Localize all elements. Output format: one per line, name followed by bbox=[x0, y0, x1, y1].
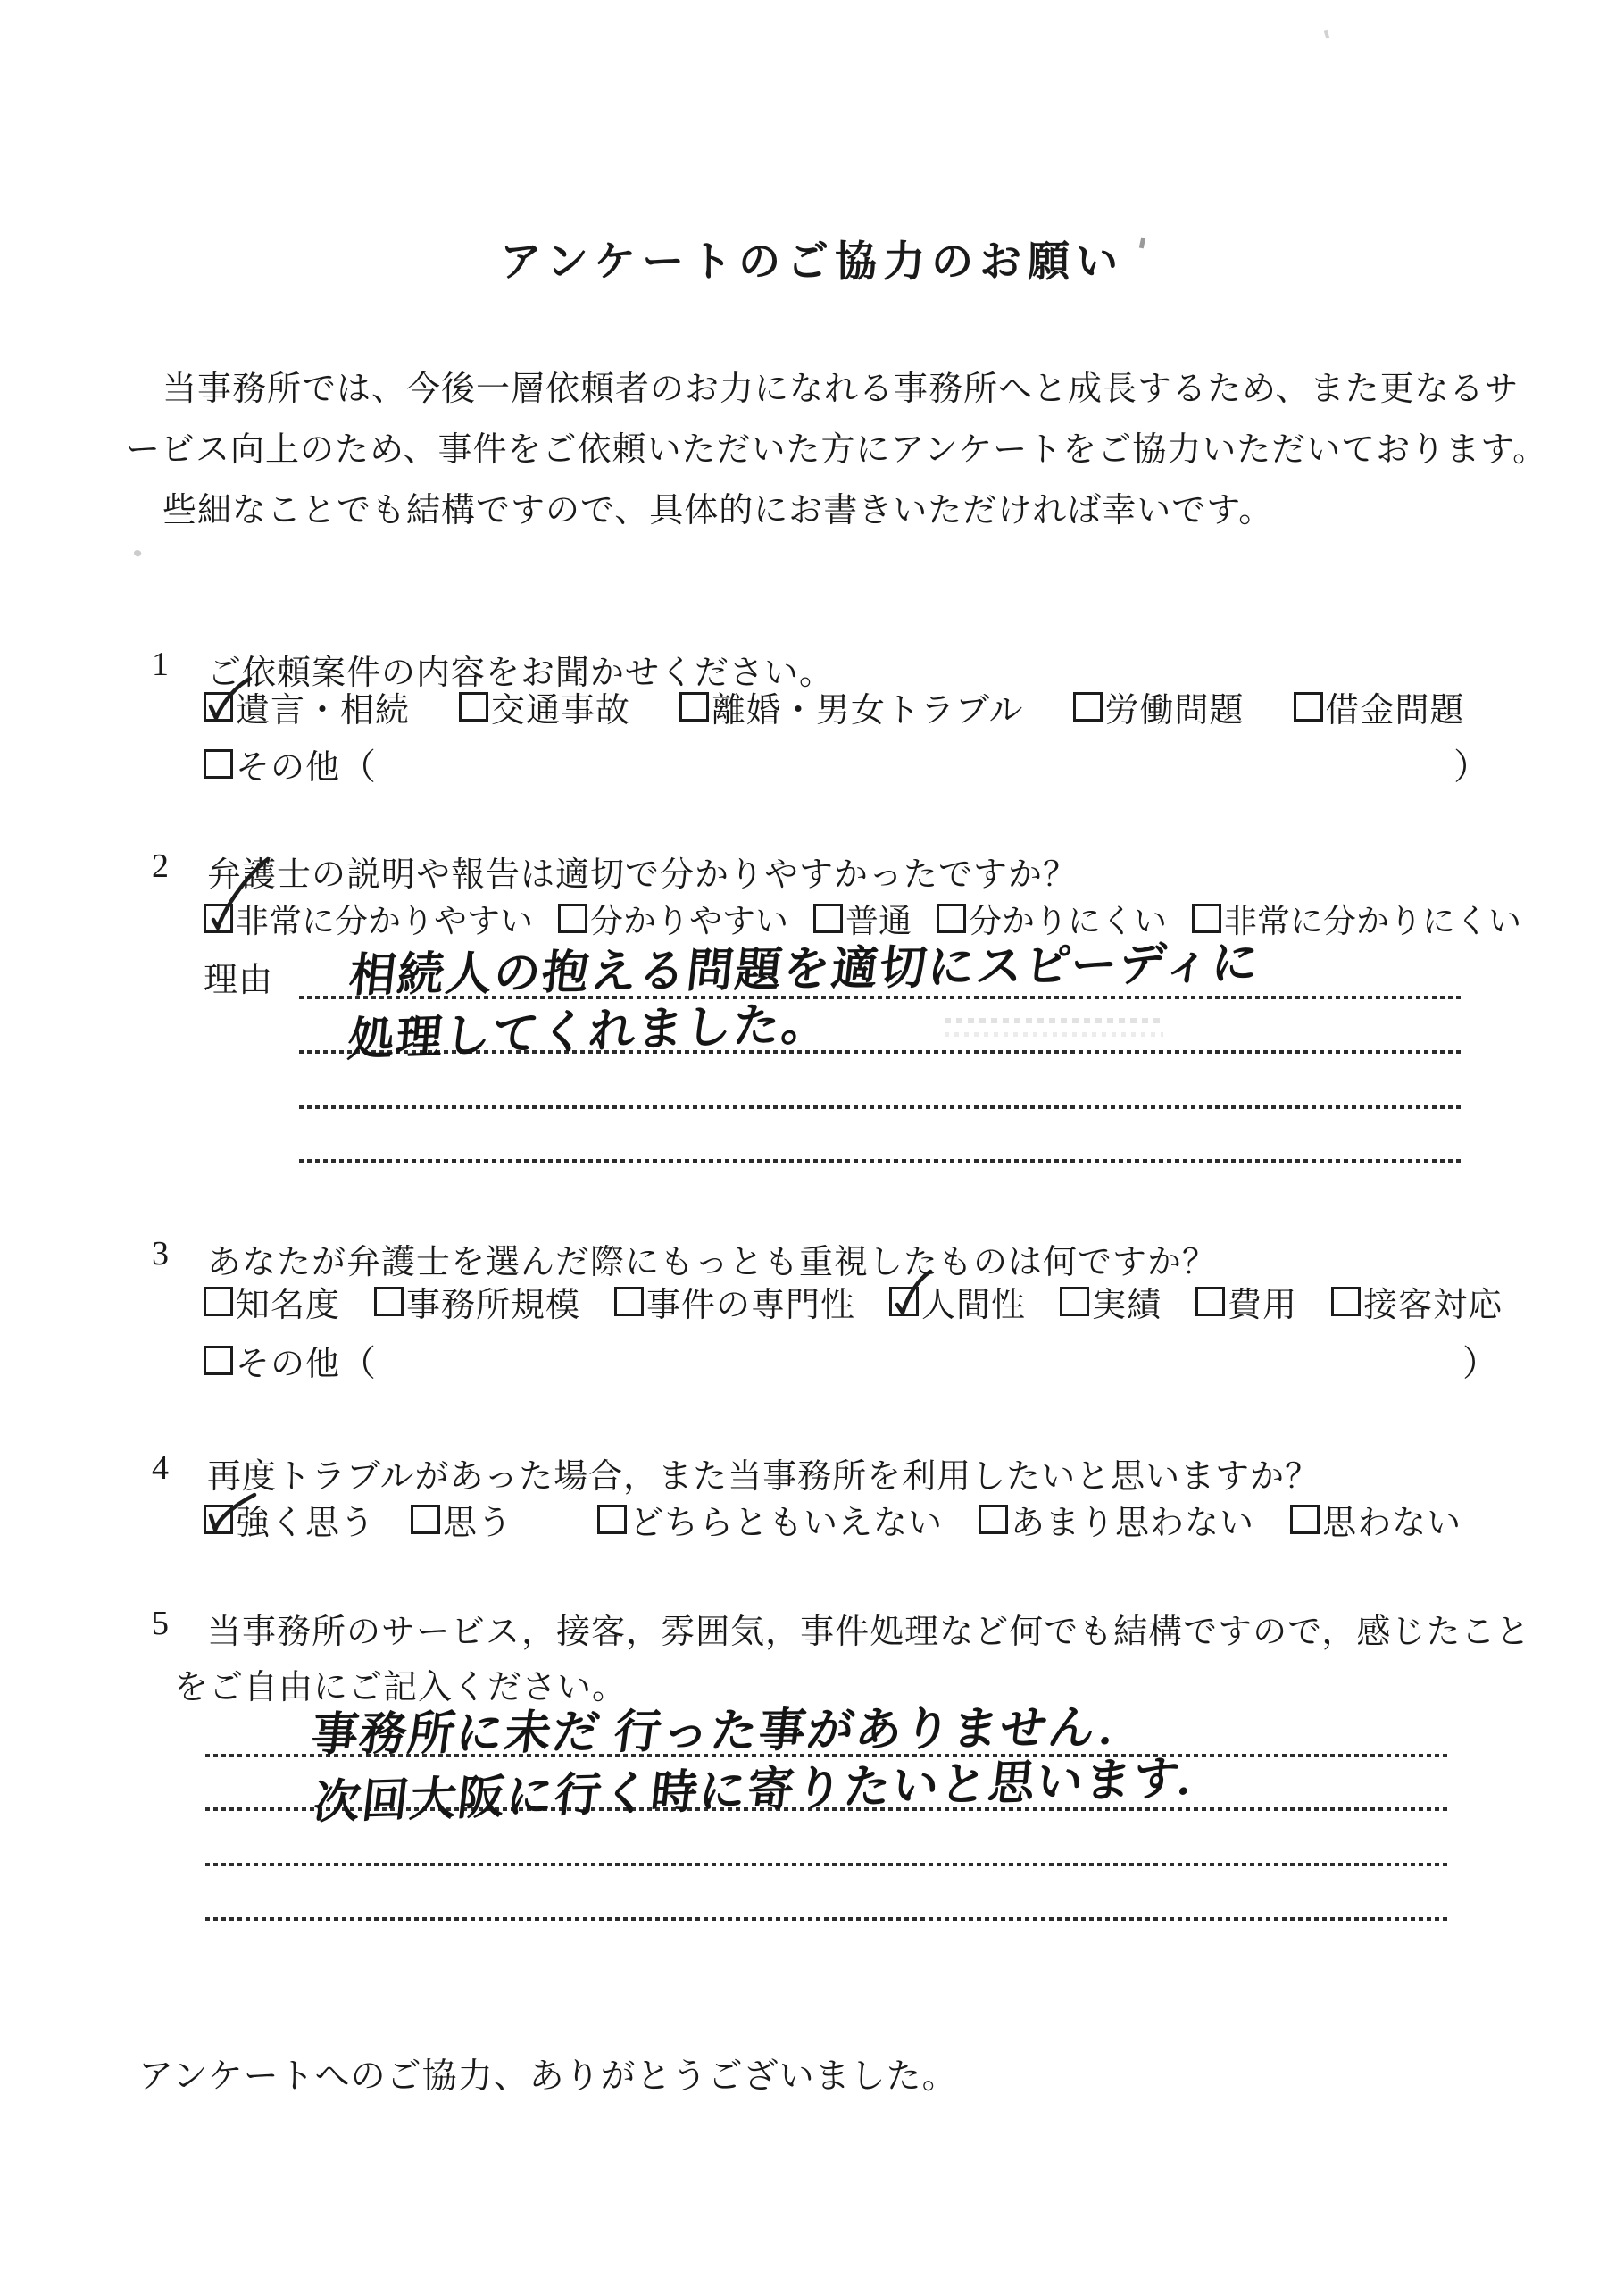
option-label: 遺言・相続 bbox=[236, 682, 410, 731]
scanned-survey-document: アンケートのご協力のお願い 当事務所では、今後一層依頼者のお力になれる事務所へと… bbox=[0, 0, 1624, 2286]
write-in-line bbox=[299, 1159, 1464, 1163]
scan-artifact-dot bbox=[1324, 30, 1330, 39]
option-label: 接客対応 bbox=[1363, 1277, 1503, 1326]
intro-line-1: 当事務所では、今後一層依頼者のお力になれる事務所へと成長するため、また更なるサ bbox=[162, 361, 1519, 410]
handwritten-checkmark-icon bbox=[204, 1505, 239, 1540]
question-4: 4 再度トラブルがあった場合，また当事務所を利用したいと思いますか？ bbox=[152, 1448, 1320, 1498]
option-jiken-senmonsei: 事件の専門性 bbox=[614, 1277, 855, 1326]
checkbox bbox=[614, 1287, 644, 1316]
option-rikon-danjo: 離婚・男女トラブル bbox=[679, 682, 1023, 731]
checkbox-checked bbox=[204, 1505, 233, 1534]
intro-line-3: 些細なことでも結構ですので、具体的にお書きいただければ幸いです。 bbox=[162, 482, 1273, 531]
question-1-options: 遺言・相続交通事故離婚・男女トラブル労働問題借金問題 bbox=[204, 684, 1465, 729]
question-4-number: 4 bbox=[152, 1448, 207, 1488]
intro-line-2: ービス向上のため、事件をご依頼いただいた方にアンケートをご協力いただいております… bbox=[126, 421, 1547, 471]
handwritten-checkmark-icon bbox=[204, 692, 239, 728]
write-in-line bbox=[205, 1917, 1451, 1921]
option-label: 人間性 bbox=[921, 1277, 1026, 1326]
option-label: 借金問題 bbox=[1326, 682, 1465, 731]
option-amari-omowanai: あまり思わない bbox=[979, 1495, 1254, 1544]
checkbox bbox=[1073, 692, 1103, 722]
question-1-number: 1 bbox=[152, 645, 207, 684]
checkbox bbox=[1331, 1287, 1361, 1316]
question-1-other-row: その他 （ ） bbox=[204, 741, 1489, 786]
handwritten-checkmark-icon bbox=[889, 1287, 925, 1322]
checkbox bbox=[679, 692, 709, 722]
checkbox bbox=[411, 1505, 440, 1534]
checkbox-checked bbox=[204, 692, 233, 722]
question-2: 2 弁護士の説明や報告は適切で分かりやすかったですか？ bbox=[152, 847, 1078, 896]
option-yuigon-souzoku: 遺言・相続 bbox=[204, 682, 410, 731]
question-3-other-row: その他 （ ） bbox=[204, 1338, 1498, 1382]
checkbox-q3-other bbox=[204, 1346, 233, 1375]
option-label: 費用 bbox=[1228, 1277, 1297, 1326]
scan-whiteout-smudge bbox=[945, 1016, 1163, 1041]
option-label: 知名度 bbox=[236, 1277, 340, 1326]
question-2-text: 弁護士の説明や報告は適切で分かりやすかったですか？ bbox=[207, 847, 1078, 896]
checkbox bbox=[1290, 1505, 1320, 1534]
question-4-options: 強く思う思うどちらともいえないあまり思わない思わない bbox=[204, 1497, 1462, 1541]
question-3-other-label: その他 bbox=[236, 1336, 340, 1385]
checkbox bbox=[1060, 1287, 1089, 1316]
option-label: 実績 bbox=[1092, 1277, 1162, 1326]
checkbox bbox=[597, 1505, 627, 1534]
option-shakkin-mondai: 借金問題 bbox=[1294, 682, 1465, 731]
write-in-line bbox=[299, 1105, 1464, 1109]
option-label: 離婚・男女トラブル bbox=[712, 682, 1023, 731]
option-label: 強く思う bbox=[236, 1495, 375, 1544]
question-2-number: 2 bbox=[152, 847, 207, 886]
question-3-number: 3 bbox=[152, 1234, 207, 1273]
checkbox-q1-other bbox=[204, 749, 233, 779]
option-dochira-tomo: どちらともいえない bbox=[597, 1495, 943, 1544]
checkbox-checked bbox=[204, 904, 233, 933]
option-tsuyoku-omou: 強く思う bbox=[204, 1495, 375, 1544]
open-paren: （ bbox=[340, 1335, 376, 1386]
checkbox bbox=[558, 904, 587, 933]
option-label: 非常に分かりにくい bbox=[1224, 894, 1521, 942]
question-5-number: 5 bbox=[152, 1604, 207, 1643]
checkbox bbox=[813, 904, 843, 933]
question-5-text-line1: 当事務所のサービス，接客，雰囲気，事件処理など何でも結構ですので，感じたこと bbox=[207, 1604, 1530, 1653]
option-hiyou: 費用 bbox=[1195, 1277, 1297, 1326]
option-chimeido: 知名度 bbox=[204, 1277, 340, 1326]
handwritten-checkmark-icon bbox=[204, 904, 239, 939]
question-5: 5 当事務所のサービス，接客，雰囲気，事件処理など何でも結構ですので，感じたこと bbox=[152, 1604, 1530, 1653]
option-label: 交通事故 bbox=[491, 682, 630, 731]
reason-label: 理由 bbox=[204, 952, 273, 1001]
checkbox bbox=[1294, 692, 1323, 722]
option-label: 事件の専門性 bbox=[646, 1277, 855, 1326]
option-hijou-wakariyasui: 非常に分かりやすい bbox=[204, 894, 533, 942]
option-sekkyaku-taiou: 接客対応 bbox=[1331, 1277, 1503, 1326]
checkbox-checked bbox=[889, 1287, 919, 1316]
checkbox bbox=[374, 1287, 404, 1316]
option-label: 思う bbox=[443, 1495, 512, 1544]
option-jisseki: 実績 bbox=[1060, 1277, 1162, 1326]
option-label: どちらともいえない bbox=[629, 1495, 943, 1544]
option-omou: 思う bbox=[411, 1495, 512, 1544]
question-1-other-label: その他 bbox=[236, 739, 340, 788]
scan-artifact-dot bbox=[133, 548, 142, 557]
option-ningensei: 人間性 bbox=[889, 1277, 1026, 1326]
option-label: 思わない bbox=[1322, 1495, 1462, 1544]
question-3-options: 知名度事務所規模事件の専門性人間性実績費用接客対応 bbox=[204, 1279, 1503, 1323]
option-label: あまり思わない bbox=[1011, 1495, 1254, 1544]
checkbox bbox=[979, 1505, 1008, 1534]
option-label: 事務所規模 bbox=[406, 1277, 580, 1326]
option-jimusho-kibo: 事務所規模 bbox=[374, 1277, 580, 1326]
option-omowanai: 思わない bbox=[1290, 1495, 1462, 1544]
question-4-text: 再度トラブルがあった場合，また当事務所を利用したいと思いますか？ bbox=[207, 1448, 1320, 1498]
checkbox bbox=[204, 1287, 233, 1316]
option-label: 労働問題 bbox=[1105, 682, 1245, 731]
close-paren: ） bbox=[1462, 1335, 1498, 1386]
closing-thanks-text: アンケートへのご協力、ありがとうございました。 bbox=[138, 2048, 958, 2098]
write-in-line bbox=[205, 1863, 1451, 1866]
checkbox bbox=[459, 692, 488, 722]
option-roudou-mondai: 労働問題 bbox=[1073, 682, 1245, 731]
page-title: アンケートのご協力のお願い bbox=[0, 229, 1624, 288]
checkbox bbox=[1195, 1287, 1225, 1316]
option-koutsu-jiko: 交通事故 bbox=[459, 682, 630, 731]
open-paren: （ bbox=[340, 738, 376, 789]
close-paren: ） bbox=[1453, 738, 1489, 789]
